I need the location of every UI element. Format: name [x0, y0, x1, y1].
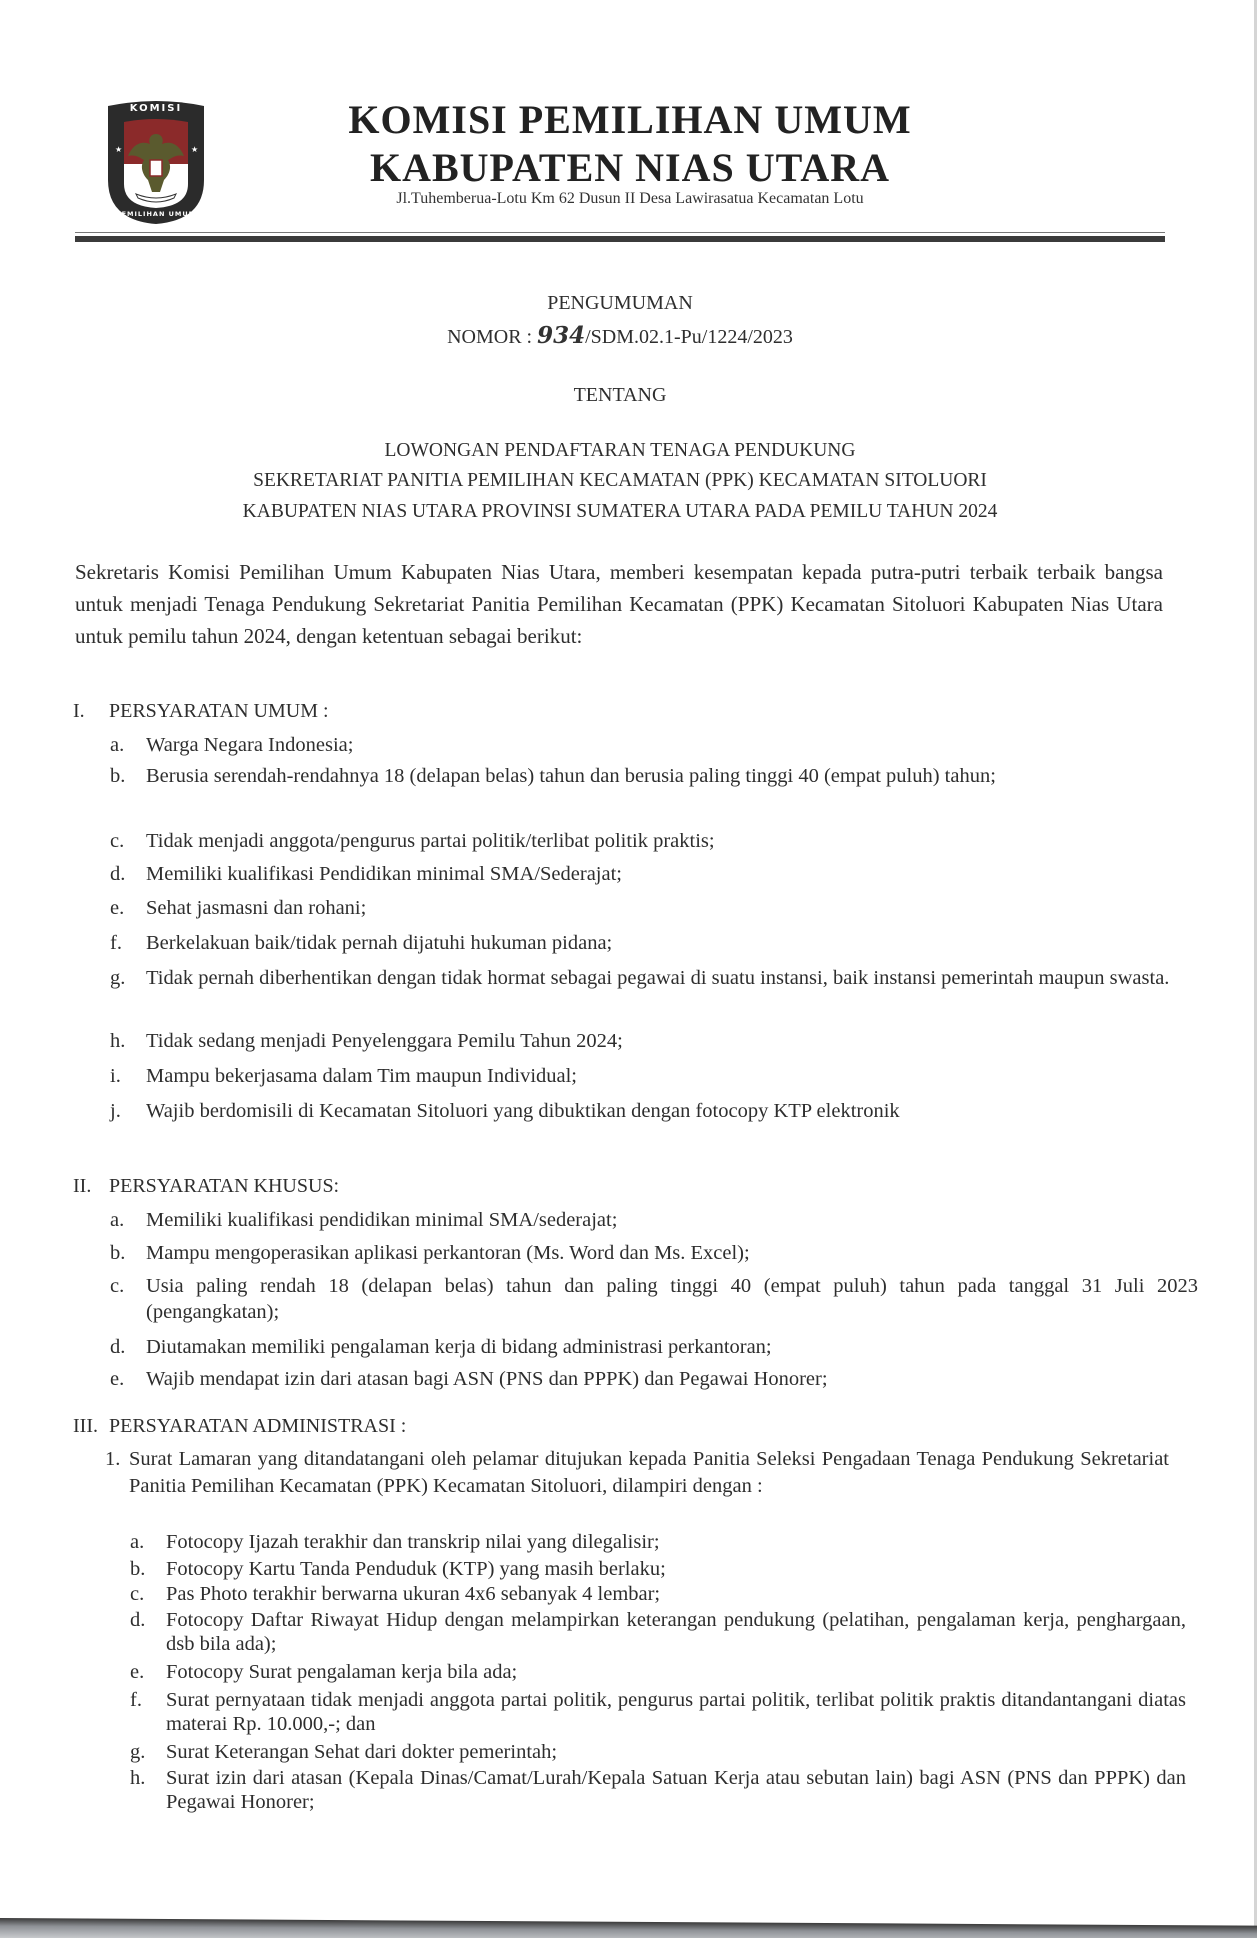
- list-item-label: h.: [130, 1766, 145, 1790]
- list-item-label: j.: [110, 1098, 121, 1124]
- list-item: d.Fotocopy Daftar Riwayat Hidup dengan m…: [130, 1608, 1186, 1656]
- kpu-logo-icon: ★ ★: [100, 100, 212, 226]
- list-item: d.Diutamakan memiliki pengalaman kerja d…: [110, 1334, 1198, 1360]
- numbered-item-label: 1.: [105, 1446, 120, 1473]
- list-item-label: e.: [110, 1366, 124, 1392]
- section-number: I.: [73, 700, 109, 723]
- number-suffix: /SDM.02.1-Pu/1224/2023: [585, 326, 793, 348]
- list-item-text: Tidak pernah diberhentikan dengan tidak …: [146, 965, 1198, 991]
- section-title: PERSYARATAN UMUM :: [109, 700, 329, 722]
- svg-text:★: ★: [191, 145, 198, 154]
- list-item-text: Sehat jasmasni dan rohani;: [146, 895, 1198, 921]
- list-item-label: g.: [130, 1740, 145, 1764]
- agency-name: KOMISI PEMILIHAN UMUM: [250, 96, 1010, 144]
- list-item: f.Berkelakuan baik/tidak pernah dijatuhi…: [110, 930, 1198, 956]
- letterhead-divider-thin: [75, 232, 1165, 233]
- list-item-text: Mampu bekerjasama dalam Tim maupun Indiv…: [146, 1063, 1198, 1089]
- intro-paragraph: Sekretaris Komisi Pemilihan Umum Kabupat…: [75, 556, 1163, 652]
- section-number: III.: [73, 1415, 109, 1438]
- list-item: a.Memiliki kualifikasi pendidikan minima…: [110, 1207, 1198, 1233]
- agency-address: Jl.Tuhemberua-Lotu Km 62 Dusun II Desa L…: [250, 190, 1010, 208]
- number-label: NOMOR :: [447, 326, 532, 348]
- list-item: f.Surat pernyataan tidak menjadi anggota…: [130, 1688, 1186, 1736]
- list-item-text: Mampu mengoperasikan aplikasi perkantora…: [146, 1240, 1198, 1266]
- list-item-label: a.: [110, 732, 124, 758]
- list-item-text: Surat Keterangan Sehat dari dokter pemer…: [166, 1740, 1186, 1764]
- list-item-text: Fotocopy Surat pengalaman kerja bila ada…: [166, 1660, 1186, 1684]
- list-item: g.Tidak pernah diberhentikan dengan tida…: [110, 965, 1198, 991]
- list-item: c.Usia paling rendah 18 (delapan belas) …: [110, 1273, 1198, 1325]
- list-item-label: f.: [110, 930, 122, 956]
- list-item-label: c.: [110, 1273, 124, 1299]
- list-item-text: Fotocopy Ijazah terakhir dan transkrip n…: [166, 1530, 1186, 1554]
- list-item-text: Diutamakan memiliki pengalaman kerja di …: [146, 1334, 1198, 1360]
- list-item: e.Sehat jasmasni dan rohani;: [110, 895, 1198, 921]
- list-item-text: Wajib berdomisili di Kecamatan Sitoluori…: [146, 1098, 1198, 1124]
- list-item-label: e.: [110, 895, 124, 921]
- list-item-text: Tidak sedang menjadi Penyelenggara Pemil…: [146, 1028, 1198, 1054]
- list-item: i.Mampu bekerjasama dalam Tim maupun Ind…: [110, 1063, 1198, 1089]
- numbered-item-text: Surat Lamaran yang ditandatangani oleh p…: [129, 1446, 1169, 1500]
- numbered-item: 1.Surat Lamaran yang ditandatangani oleh…: [105, 1446, 1169, 1500]
- list-item-label: a.: [110, 1207, 124, 1233]
- agency-region: KABUPATEN NIAS UTARA: [250, 144, 1010, 192]
- section-number: II.: [73, 1175, 109, 1198]
- list-item-text: Berusia serendah-rendahnya 18 (delapan b…: [146, 763, 1198, 789]
- section-title: PERSYARATAN ADMINISTRASI :: [109, 1415, 406, 1437]
- section-heading: III.PERSYARATAN ADMINISTRASI :: [73, 1415, 406, 1438]
- list-item-label: g.: [110, 965, 125, 991]
- list-item-label: d.: [110, 861, 125, 887]
- list-item: b.Fotocopy Kartu Tanda Penduduk (KTP) ya…: [130, 1557, 1186, 1581]
- list-item-text: Pas Photo terakhir berwarna ukuran 4x6 s…: [166, 1582, 1186, 1606]
- list-item: a.Warga Negara Indonesia;: [110, 732, 1198, 758]
- subject-line: KABUPATEN NIAS UTARA PROVINSI SUMATERA U…: [60, 501, 1180, 523]
- list-item: e.Fotocopy Surat pengalaman kerja bila a…: [130, 1660, 1186, 1684]
- section-title: PERSYARATAN KHUSUS:: [109, 1175, 339, 1197]
- document-page: ★ ★ KOMISI PEMILIHAN UMUM KOMISI PEMILIH…: [0, 0, 1257, 1938]
- list-item-label: c.: [130, 1582, 144, 1606]
- logo-bottom-text: PEMILIHAN UMUM: [100, 210, 212, 218]
- list-item: d.Memiliki kualifikasi Pendidikan minima…: [110, 861, 1198, 887]
- list-item-label: h.: [110, 1028, 125, 1054]
- svg-text:★: ★: [115, 145, 122, 154]
- list-item: j.Wajib berdomisili di Kecamatan Sitoluo…: [110, 1098, 1198, 1124]
- list-item-text: Memiliki kualifikasi Pendidikan minimal …: [146, 861, 1198, 887]
- number-handwritten: 934: [537, 322, 585, 349]
- list-item-text: Usia paling rendah 18 (delapan belas) ta…: [146, 1273, 1198, 1325]
- list-item-label: d.: [110, 1334, 125, 1360]
- list-item-text: Surat pernyataan tidak menjadi anggota p…: [166, 1688, 1186, 1736]
- logo-top-text: KOMISI: [100, 103, 212, 114]
- list-item: e.Wajib mendapat izin dari atasan bagi A…: [110, 1366, 1198, 1392]
- list-item-text: Berkelakuan baik/tidak pernah dijatuhi h…: [146, 930, 1198, 956]
- list-item-label: a.: [130, 1530, 144, 1554]
- scan-edge-bottom: [0, 1918, 1257, 1938]
- letterhead-divider: [75, 236, 1165, 242]
- tentang-label: TENTANG: [60, 384, 1180, 407]
- list-item-label: d.: [130, 1608, 145, 1632]
- list-item-text: Surat izin dari atasan (Kepala Dinas/Cam…: [166, 1766, 1186, 1814]
- list-item: c.Tidak menjadi anggota/pengurus partai …: [110, 828, 1198, 854]
- list-item: g.Surat Keterangan Sehat dari dokter pem…: [130, 1740, 1186, 1764]
- list-item-label: i.: [110, 1063, 121, 1089]
- document-number: NOMOR : 934/SDM.02.1-Pu/1224/2023: [60, 322, 1180, 349]
- list-item-text: Wajib mendapat izin dari atasan bagi ASN…: [146, 1366, 1198, 1392]
- list-item-text: Memiliki kualifikasi pendidikan minimal …: [146, 1207, 1198, 1233]
- list-item-label: e.: [130, 1660, 144, 1684]
- subject-line: LOWONGAN PENDAFTARAN TENAGA PENDUKUNG: [60, 440, 1180, 462]
- list-item-text: Tidak menjadi anggota/pengurus partai po…: [146, 828, 1198, 854]
- list-item: h.Surat izin dari atasan (Kepala Dinas/C…: [130, 1766, 1186, 1814]
- list-item: b.Mampu mengoperasikan aplikasi perkanto…: [110, 1240, 1198, 1266]
- list-item: c.Pas Photo terakhir berwarna ukuran 4x6…: [130, 1582, 1186, 1606]
- section-heading: I.PERSYARATAN UMUM :: [73, 700, 329, 723]
- list-item-label: f.: [130, 1688, 142, 1712]
- list-item: h.Tidak sedang menjadi Penyelenggara Pem…: [110, 1028, 1198, 1054]
- list-item-label: c.: [110, 828, 124, 854]
- document-type: PENGUMUMAN: [60, 292, 1180, 315]
- list-item: b.Berusia serendah-rendahnya 18 (delapan…: [110, 763, 1198, 789]
- subject-line: SEKRETARIAT PANITIA PEMILIHAN KECAMATAN …: [60, 470, 1180, 492]
- list-item: a.Fotocopy Ijazah terakhir dan transkrip…: [130, 1530, 1186, 1554]
- list-item-label: b.: [110, 763, 125, 789]
- list-item-label: b.: [130, 1557, 145, 1581]
- list-item-text: Warga Negara Indonesia;: [146, 732, 1198, 758]
- list-item-label: b.: [110, 1240, 125, 1266]
- list-item-text: Fotocopy Daftar Riwayat Hidup dengan mel…: [166, 1608, 1186, 1656]
- list-item-text: Fotocopy Kartu Tanda Penduduk (KTP) yang…: [166, 1557, 1186, 1581]
- section-heading: II.PERSYARATAN KHUSUS:: [73, 1175, 339, 1198]
